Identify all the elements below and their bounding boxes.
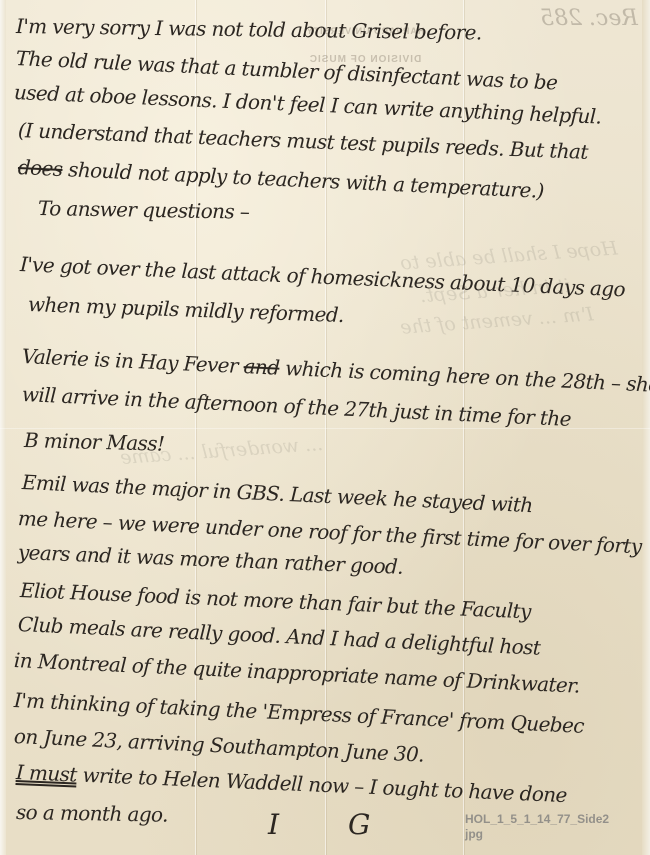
letter-line: I'm very sorry I was not told about Gris… [16,14,482,44]
letter-page: HARVARD UNIVERSITY DIVISION OF MUSIC Rec… [0,0,650,855]
file-extension: jpg [465,827,609,842]
bleed-through-text: I'm ... vement of the [399,303,594,338]
signature-initials: I G [268,808,400,841]
line-text: write to Helen Waddell now – I ought to … [76,763,567,808]
line-text: which is coming here on the 28th – she [279,356,650,397]
letter-line: so a month ago. [16,800,168,827]
letter-line: To answer questions – [38,196,250,224]
letter-line: years and it was more than rather good. [18,540,404,579]
letter-line: will arrive in the afternoon of the 27th… [21,382,571,431]
letter-line: I must write to Helen Waddell now – I ou… [15,760,567,807]
struck-word: does [17,155,63,181]
file-name: HOL_1_5_1_14_77_Side2 [465,812,609,827]
line-text: Valerie is in Hay Fever [21,344,244,378]
struck-word: and [243,354,280,380]
letter-line: (I understand that teachers must test pu… [18,118,589,164]
file-name-label: HOL_1_5_1_14_77_Side2 jpg [465,812,609,842]
letter-line: on June 23, arriving Southampton June 30… [13,724,424,767]
line-text: should not apply to teachers with a temp… [62,157,544,203]
letter-line: when my pupils mildly reformed. [28,292,345,327]
reference-mark: Rec. 285 [540,6,638,31]
letter-line: does should not apply to teachers with a… [17,155,544,203]
underlined-phrase: I must [15,760,77,787]
letter-line: B minor Mass! [24,428,165,456]
